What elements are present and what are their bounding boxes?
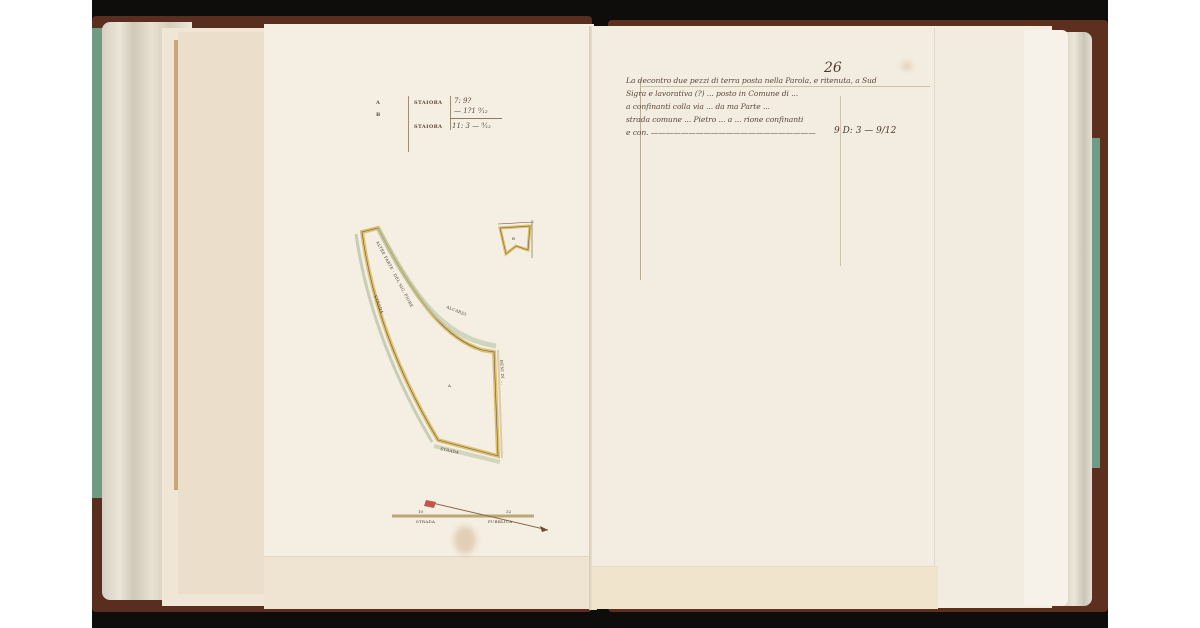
- left-page-strip: [178, 32, 266, 594]
- right-page-margin: [934, 28, 1025, 606]
- photo-stage: A B STAIORA STAIORA 7: 9? — 1?1 ⁹⁄₁₂ 11:…: [92, 0, 1108, 628]
- svg-text:STRADA: STRADA: [440, 446, 460, 455]
- svg-text:PUBBLICA: PUBBLICA: [488, 519, 512, 524]
- parcel-map: A ALTRE PARTE · DEL SIG. FIORE ALCARDI S…: [350, 210, 550, 470]
- svg-text:STRADA: STRADA: [416, 519, 435, 524]
- row-letter: B: [376, 112, 381, 118]
- area-value: 7: 9?: [454, 97, 471, 105]
- left-page-tab: [174, 40, 178, 490]
- area-total: 11: 3 — ⁹⁄₁₂: [452, 122, 491, 130]
- entry-line: Sigra e lavorativa (?) ... posto in Comu…: [626, 87, 926, 100]
- parcel-a-label: A: [447, 383, 451, 388]
- left-page-fold: [264, 556, 594, 609]
- entry-line: a confinanti colla via ... da ma Parte .…: [626, 100, 926, 113]
- svg-text:32: 32: [506, 509, 512, 514]
- area-table: A B STAIORA STAIORA 7: 9? — 1?1 ⁹⁄₁₂ 11:…: [374, 96, 504, 152]
- foxing-stain: [902, 62, 912, 70]
- unit-label: STAIORA: [414, 124, 442, 130]
- foxing-stain: [454, 526, 476, 554]
- table-rule: [408, 96, 409, 152]
- parcel-b-label: B: [512, 236, 515, 241]
- svg-text:ALTRE PARTE · DEL SIG. FIORE: ALTRE PARTE · DEL SIG. FIORE: [375, 239, 415, 308]
- svg-text:10: 10: [418, 509, 424, 514]
- unit-label: STAIORA: [414, 100, 442, 106]
- right-page-fold: [592, 566, 938, 609]
- row-letter: A: [376, 100, 380, 106]
- entry-line: e con. ——————————————————————: [626, 126, 816, 139]
- entry-total: 9 D: 3 — 9/12: [834, 126, 896, 136]
- right-page-flap: [1024, 30, 1068, 606]
- entry-line: strada comune ... Pietro ... a ... rione…: [626, 113, 926, 126]
- svg-text:ALCARDI: ALCARDI: [445, 304, 468, 317]
- entry-line: La decontro due pezzi di terra posta nel…: [626, 74, 926, 87]
- table-rule: [450, 96, 451, 130]
- area-value: — 1?1 ⁹⁄₁₂: [454, 107, 488, 115]
- table-rule: [450, 118, 502, 119]
